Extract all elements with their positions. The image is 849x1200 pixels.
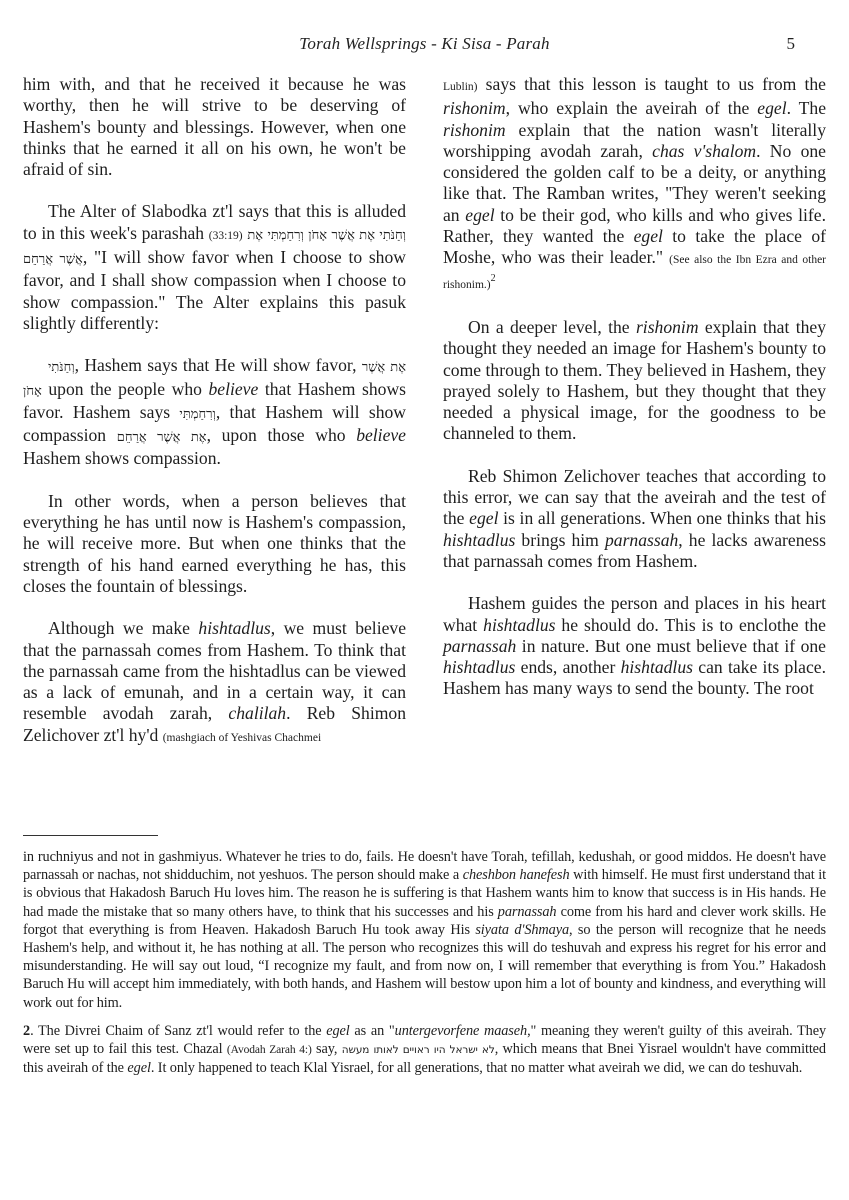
paragraph-text: he should do. This is to enclothe the — [555, 615, 826, 635]
paragraph-text: brings him — [515, 530, 605, 550]
paragraph-text: In other words, when a person believes t… — [23, 491, 406, 596]
paragraph-text: Hashem shows compassion. — [23, 448, 221, 468]
italic-term: untergevorfene maaseh — [395, 1023, 527, 1039]
paragraph: Although we make hishtadlus, we must bel… — [23, 618, 406, 749]
verse-reference: (33:19) — [209, 230, 243, 242]
paragraph-text: him with, and that he received it becaus… — [23, 74, 406, 179]
paragraph-text: is in all generations. When one thinks t… — [498, 508, 826, 528]
hebrew-word: אֶת אֲשֶׁר אֲרַחֵם — [117, 430, 207, 445]
paragraph-text: Although we make — [48, 618, 198, 638]
hebrew-word: וְחַנֹּתִי — [48, 360, 75, 375]
footnote-2: 2. The Divrei Chaim of Sanz zt'l would r… — [23, 1022, 826, 1078]
paragraph-text: ends, another — [515, 657, 620, 677]
footnote-text: . The Divrei Chaim of Sanz zt'l would re… — [30, 1023, 326, 1039]
running-header: Torah Wellsprings - Ki Sisa - Parah 5 — [0, 34, 849, 58]
footnote-text: as an " — [350, 1023, 395, 1039]
italic-term: believe — [208, 379, 258, 399]
source-reference: (Avodah Zarah 4:) — [227, 1044, 312, 1056]
left-column: him with, and that he received it becaus… — [23, 74, 406, 770]
hebrew-quote: לא ישראל היו ראויים לאותו מעשה — [342, 1044, 495, 1056]
footnote-divider — [23, 835, 158, 836]
italic-term: hishtadlus — [443, 657, 515, 677]
italic-term: hishtadlus — [483, 615, 555, 635]
italic-term: believe — [356, 425, 406, 445]
book-page: Torah Wellsprings - Ki Sisa - Parah 5 hi… — [0, 0, 849, 1200]
footnotes: in ruchniyus and not in gashmiyus. Whate… — [23, 848, 826, 1087]
paragraph: In other words, when a person believes t… — [23, 491, 406, 597]
footnote-text: say, — [312, 1041, 342, 1057]
paragraph: Hashem guides the person and places in h… — [443, 593, 826, 699]
parenthetical-note: Lublin) — [443, 81, 478, 93]
italic-term: egel — [326, 1023, 349, 1039]
paragraph: Lublin) says that this lesson is taught … — [443, 74, 826, 296]
italic-term: rishonim — [443, 120, 506, 140]
paragraph: him with, and that he received it becaus… — [23, 74, 406, 180]
paragraph-text: , upon those who — [207, 425, 357, 445]
italic-term: hishtadlus — [198, 618, 270, 638]
paragraph: On a deeper level, the rishonim explain … — [443, 317, 826, 445]
italic-term: egel — [127, 1060, 150, 1076]
paragraph: Reb Shimon Zelichover teaches that accor… — [443, 466, 826, 572]
paragraph-text: On a deeper level, the — [468, 317, 636, 337]
right-column: Lublin) says that this lesson is taught … — [443, 74, 826, 721]
italic-term: cheshbon hanefesh — [463, 867, 570, 883]
paragraph-text: . The — [787, 98, 826, 118]
italic-term: egel — [469, 508, 498, 528]
paragraph: וְחַנֹּתִי, Hashem says that He will sho… — [23, 355, 406, 469]
paragraph-text: says that this lesson is taught to us fr… — [478, 74, 827, 94]
italic-term: chalilah — [228, 703, 286, 723]
italic-term: parnassah — [498, 904, 557, 920]
paragraph-text: in nature. But one must believe that if … — [516, 636, 826, 656]
parenthetical-note: (mashgiach of Yeshivas Chachmei — [163, 732, 321, 744]
italic-term: parnassah — [443, 636, 516, 656]
italic-term: egel — [465, 205, 494, 225]
italic-term: siyata d'Shmaya — [475, 922, 569, 938]
italic-term: egel — [634, 226, 663, 246]
hebrew-word: וְרִחַמְתִּי — [179, 407, 215, 422]
paragraph-text: , who explain the aveirah of the — [506, 98, 758, 118]
running-title: Torah Wellsprings - Ki Sisa - Parah — [0, 34, 849, 54]
italic-term: rishonim — [636, 317, 699, 337]
italic-term: egel — [757, 98, 786, 118]
paragraph-text: , Hashem says that He will show favor, — [75, 355, 362, 375]
footnote-number: 2 — [23, 1023, 30, 1039]
italic-term: hishtadlus — [621, 657, 693, 677]
italic-term: parnassah — [605, 530, 678, 550]
footnote-marker[interactable]: 2 — [491, 273, 496, 284]
paragraph: The Alter of Slabodka zt'l says that thi… — [23, 201, 406, 334]
page-number: 5 — [787, 34, 796, 54]
paragraph-text: upon the people who — [42, 379, 209, 399]
footnote-text: . It only happened to teach Klal Yisrael… — [151, 1060, 802, 1076]
footnote-1-continued: in ruchniyus and not in gashmiyus. Whate… — [23, 848, 826, 1012]
italic-term: chas v'shalom — [652, 141, 756, 161]
italic-term: hishtadlus — [443, 530, 515, 550]
italic-term: rishonim — [443, 98, 506, 118]
